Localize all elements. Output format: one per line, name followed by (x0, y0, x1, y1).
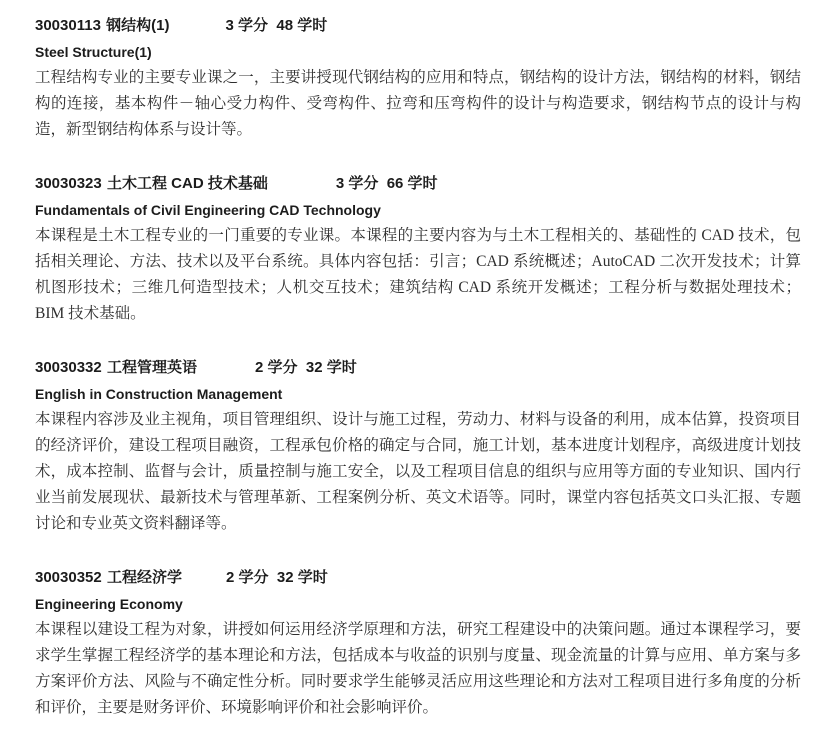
course-header: 30030323土木工程 CAD 技术基础3 学分 66 学时 (35, 171, 801, 197)
course-section-construction-english: 30030332工程管理英语2 学分 32 学时 English in Cons… (35, 355, 801, 537)
course-credits-hours: 3 学分 66 学时 (336, 175, 438, 192)
course-credits-hours: 2 学分 32 学时 (226, 569, 328, 586)
course-header: 30030332工程管理英语2 学分 32 学时 (35, 355, 801, 381)
course-header: 30030113钢结构(1)3 学分 48 学时 (35, 13, 801, 39)
course-code: 30030323 (35, 175, 102, 192)
course-section-steel-structure: 30030113钢结构(1)3 学分 48 学时 Steel Structure… (35, 13, 801, 143)
course-title-zh: 土木工程 CAD 技术基础 (107, 175, 268, 192)
course-credits-hours: 3 学分 48 学时 (226, 17, 328, 34)
course-title-zh: 工程经济学 (107, 569, 182, 586)
course-credits-hours: 2 学分 32 学时 (255, 359, 357, 376)
course-title-en: English in Construction Management (35, 381, 801, 407)
course-title-en: Fundamentals of Civil Engineering CAD Te… (35, 197, 801, 223)
course-title-zh: 钢结构(1) (106, 17, 169, 34)
course-section-civil-cad: 30030323土木工程 CAD 技术基础3 学分 66 学时 Fundamen… (35, 171, 801, 327)
course-description: 工程结构专业的主要专业课之一，主要讲授现代钢结构的应用和特点，钢结构的设计方法，… (35, 65, 801, 143)
course-title-en: Steel Structure(1) (35, 39, 801, 65)
course-code: 30030352 (35, 569, 102, 586)
course-header: 30030352工程经济学2 学分 32 学时 (35, 565, 801, 591)
course-code: 30030113 (35, 17, 101, 34)
course-code: 30030332 (35, 359, 102, 376)
document-page: 30030113钢结构(1)3 学分 48 学时 Steel Structure… (0, 0, 831, 730)
course-description: 本课程以建设工程为对象，讲授如何运用经济学原理和方法，研究工程建设中的决策问题。… (35, 617, 801, 721)
course-title-zh: 工程管理英语 (107, 359, 197, 376)
course-title-en: Engineering Economy (35, 591, 801, 617)
course-description: 本课程内容涉及业主视角，项目管理组织、设计与施工过程，劳动力、材料与设备的利用，… (35, 407, 801, 537)
course-section-engineering-economy: 30030352工程经济学2 学分 32 学时 Engineering Econ… (35, 565, 801, 721)
course-description: 本课程是土木工程专业的一门重要的专业课。本课程的主要内容为与土木工程相关的、基础… (35, 223, 801, 327)
